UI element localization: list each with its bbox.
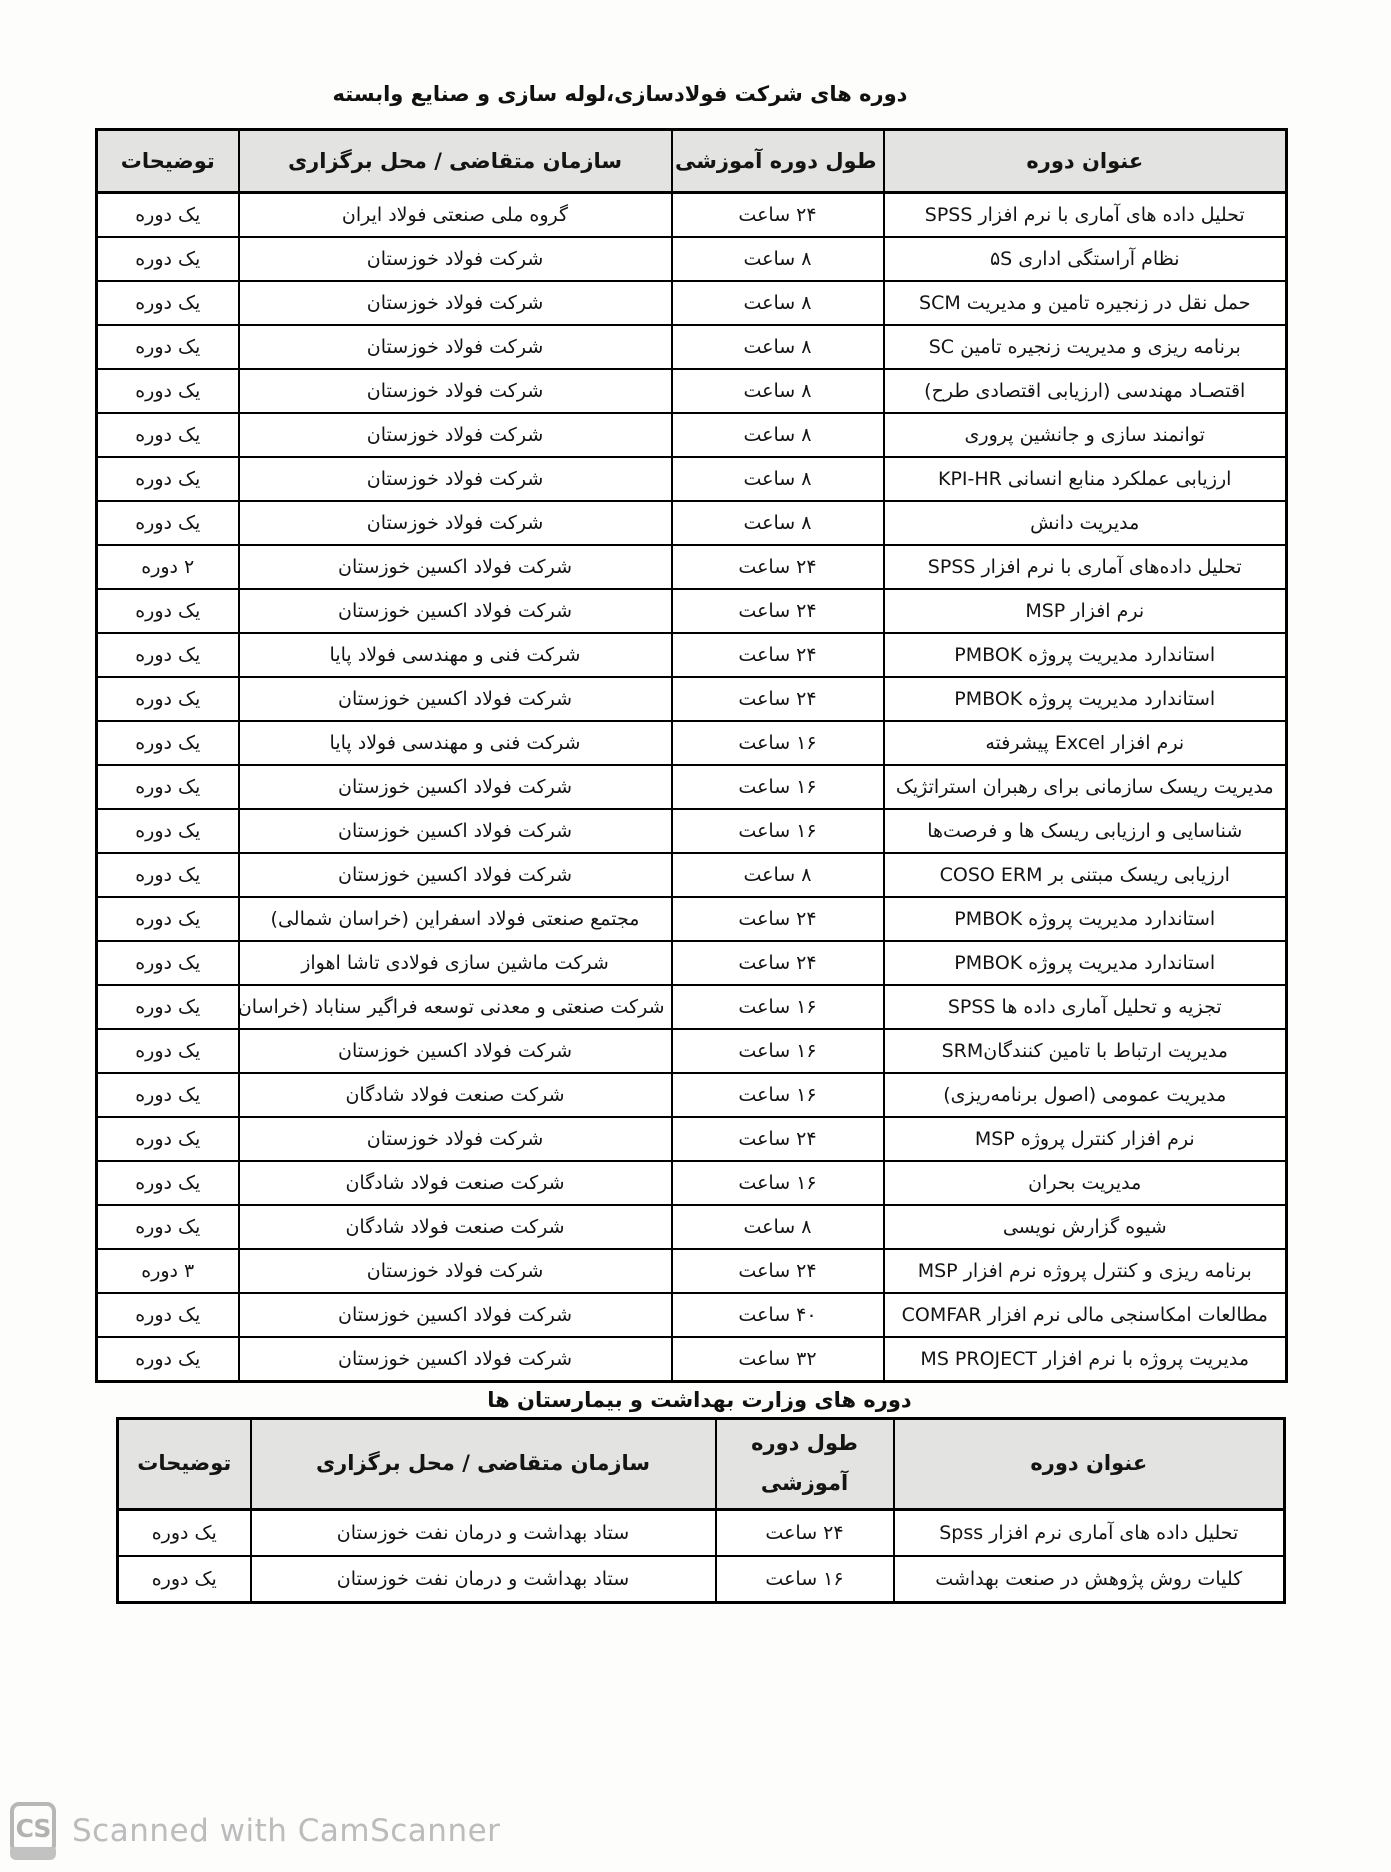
course-title-cell: مدیریت پروژه با نرم افزار MS PROJECT: [884, 1337, 1287, 1382]
organization-header: سازمان متقاضی / محل برگزاری: [251, 1419, 716, 1510]
table-row: مدیریت ارتباط با تامین کنندگانSRM۱۶ ساعت…: [97, 1029, 1287, 1073]
table-row: برنامه ریزی و کنترل پروژه نرم افزار MSP۲…: [97, 1249, 1287, 1293]
header-row: عنوان دوره طول دوره آموزشی سازمان متقاضی…: [118, 1419, 1285, 1510]
notes-cell: یک دوره: [97, 457, 239, 501]
course-title-cell: تحلیل داده‌های آماری با نرم افزار SPSS: [884, 545, 1287, 589]
table-row: شیوه گزارش نویسی۸ ساعتشرکت صنعت فولاد شا…: [97, 1205, 1287, 1249]
course-title-cell: اقتصـاد مهندسی (ارزیابی اقتصادی طرح): [884, 369, 1287, 413]
table-row: توانمند سازی و جانشین پروری۸ ساعتشرکت فو…: [97, 413, 1287, 457]
table-row: نرم افزار Excel پیشرفته۱۶ ساعتشرکت فنی و…: [97, 721, 1287, 765]
notes-cell: یک دوره: [97, 721, 239, 765]
organization-cell: شرکت صنعت فولاد شادگان: [239, 1161, 672, 1205]
notes-cell: یک دوره: [97, 941, 239, 985]
organization-cell: شرکت فولاد خوزستان: [239, 369, 672, 413]
organization-cell: ستاد بهداشت و درمان نفت خوزستان: [251, 1556, 716, 1603]
course-title-cell: کلیات روش پژوهش در صنعت بهداشت: [894, 1556, 1285, 1603]
notes-cell: ۳ دوره: [97, 1249, 239, 1293]
table-row: مدیریت بحران۱۶ ساعتشرکت صنعت فولاد شادگا…: [97, 1161, 1287, 1205]
duration-cell: ۱۶ ساعت: [672, 809, 884, 853]
table-row: مدیریت ریسک سازمانی برای رهبران استراتژی…: [97, 765, 1287, 809]
duration-cell: ۱۶ ساعت: [716, 1556, 894, 1603]
organization-cell: ستاد بهداشت و درمان نفت خوزستان: [251, 1510, 716, 1557]
organization-cell: شرکت فولاد اکسین خوزستان: [239, 677, 672, 721]
organization-cell: شرکت فولاد اکسین خوزستان: [239, 809, 672, 853]
notes-cell: یک دوره: [97, 193, 239, 238]
organization-cell: شرکت ماشین سازی فولادی تاشا اهواز: [239, 941, 672, 985]
table-row: ارزیابی ریسک مبتنی بر COSO ERM۸ ساعتشرکت…: [97, 853, 1287, 897]
course-title-cell: توانمند سازی و جانشین پروری: [884, 413, 1287, 457]
table-row: مدیریت پروژه با نرم افزار MS PROJECT۳۲ س…: [97, 1337, 1287, 1382]
course-title-header: عنوان دوره: [894, 1419, 1285, 1510]
organization-cell: شرکت فولاد خوزستان: [239, 237, 672, 281]
notes-cell: یک دوره: [97, 633, 239, 677]
camscanner-text: Scanned with CamScanner: [72, 1813, 500, 1849]
duration-cell: ۲۴ ساعت: [672, 589, 884, 633]
duration-cell: ۸ ساعت: [672, 281, 884, 325]
duration-cell: ۲۴ ساعت: [716, 1510, 894, 1557]
table-row: نظام آراستگی اداری ۵S۸ ساعتشرکت فولاد خو…: [97, 237, 1287, 281]
health-courses-table-title: دوره های وزارت بهداشت و بیمارستان ها: [116, 1388, 1283, 1412]
course-title-cell: مدیریت بحران: [884, 1161, 1287, 1205]
notes-cell: یک دوره: [97, 281, 239, 325]
course-title-cell: شیوه گزارش نویسی: [884, 1205, 1287, 1249]
notes-header: توضیحات: [118, 1419, 251, 1510]
course-title-cell: تحلیل داده های آماری نرم افزار Spss: [894, 1510, 1285, 1557]
course-title-cell: مدیریت دانش: [884, 501, 1287, 545]
organization-cell: شرکت فولاد اکسین خوزستان: [239, 1293, 672, 1337]
organization-cell: شرکت فولاد خوزستان: [239, 1117, 672, 1161]
organization-cell: مجتمع صنعتی فولاد اسفراین (خراسان شمالی): [239, 897, 672, 941]
steel-courses-table: عنوان دوره طول دوره آموزشی سازمان متقاضی…: [95, 128, 1288, 1383]
organization-cell: شرکت فولاد خوزستان: [239, 501, 672, 545]
table-row: مدیریت دانش۸ ساعتشرکت فولاد خوزستانیک دو…: [97, 501, 1287, 545]
organization-cell: گروه ملی صنعتی فولاد ایران: [239, 193, 672, 238]
table-row: اقتصـاد مهندسی (ارزیابی اقتصادی طرح)۸ سا…: [97, 369, 1287, 413]
table-row: برنامه ریزی و مدیریت زنجیره تامین SC۸ سا…: [97, 325, 1287, 369]
course-title-cell: نظام آراستگی اداری ۵S: [884, 237, 1287, 281]
duration-cell: ۸ ساعت: [672, 501, 884, 545]
course-title-cell: استاندارد مدیریت پروژه PMBOK: [884, 897, 1287, 941]
duration-cell: ۸ ساعت: [672, 853, 884, 897]
notes-cell: یک دوره: [97, 1073, 239, 1117]
notes-cell: ۲ دوره: [97, 545, 239, 589]
duration-cell: ۱۶ ساعت: [672, 985, 884, 1029]
notes-cell: یک دوره: [118, 1510, 251, 1557]
organization-cell: شرکت فولاد خوزستان: [239, 1249, 672, 1293]
duration-cell: ۸ ساعت: [672, 237, 884, 281]
table-row: شناسایی و ارزیابی ریسک ها و فرصت‌ها۱۶ سا…: [97, 809, 1287, 853]
notes-cell: یک دوره: [97, 369, 239, 413]
course-title-cell: تحلیل داده های آماری با نرم افزار SPSS: [884, 193, 1287, 238]
course-title-cell: نرم افزار کنترل پروژه MSP: [884, 1117, 1287, 1161]
duration-cell: ۱۶ ساعت: [672, 765, 884, 809]
organization-cell: شرکت فولاد خوزستان: [239, 281, 672, 325]
notes-cell: یک دوره: [97, 677, 239, 721]
duration-cell: ۸ ساعت: [672, 1205, 884, 1249]
organization-cell: شرکت فولاد اکسین خوزستان: [239, 853, 672, 897]
duration-cell: ۲۴ ساعت: [672, 545, 884, 589]
course-title-cell: ارزیابی عملکرد منابع انسانی KPI-HR: [884, 457, 1287, 501]
header-row: عنوان دوره طول دوره آموزشی سازمان متقاضی…: [97, 130, 1287, 193]
course-title-cell: برنامه ریزی و کنترل پروژه نرم افزار MSP: [884, 1249, 1287, 1293]
table-row: تحلیل داده های آماری با نرم افزار SPSS۲۴…: [97, 193, 1287, 238]
duration-cell: ۱۶ ساعت: [672, 721, 884, 765]
duration-cell: ۱۶ ساعت: [672, 1029, 884, 1073]
course-title-cell: شناسایی و ارزیابی ریسک ها و فرصت‌ها: [884, 809, 1287, 853]
duration-cell: ۲۴ ساعت: [672, 941, 884, 985]
notes-cell: یک دوره: [97, 237, 239, 281]
steel-courses-table-title: دوره های شرکت فولادسازی،لوله سازی و صنای…: [95, 82, 1285, 106]
notes-cell: یک دوره: [97, 985, 239, 1029]
notes-cell: یک دوره: [97, 1337, 239, 1382]
organization-cell: شرکت فولاد خوزستان: [239, 457, 672, 501]
table-row: نرم افزار MSP۲۴ ساعتشرکت فولاد اکسین خوز…: [97, 589, 1287, 633]
table-row: تحلیل داده های آماری نرم افزار Spss۲۴ سا…: [118, 1510, 1285, 1557]
course-title-cell: مدیریت ارتباط با تامین کنندگانSRM: [884, 1029, 1287, 1073]
table-row: مدیریت عمومی (اصول برنامه‌ریزی)۱۶ ساعتشر…: [97, 1073, 1287, 1117]
organization-cell: شرکت فولاد اکسین خوزستان: [239, 765, 672, 809]
table-row: نرم افزار کنترل پروژه MSP۲۴ ساعتشرکت فول…: [97, 1117, 1287, 1161]
organization-cell: شرکت فنی و مهندسی فولاد پایا: [239, 633, 672, 677]
course-title-cell: تجزیه و تحلیل آماری داده ها SPSS: [884, 985, 1287, 1029]
duration-cell: ۸ ساعت: [672, 413, 884, 457]
organization-cell: شرکت فولاد اکسین خوزستان: [239, 545, 672, 589]
duration-cell: ۲۴ ساعت: [672, 633, 884, 677]
duration-header: طول دوره آموزشی: [672, 130, 884, 193]
table-row: حمل نقل در زنجیره تامین و مدیریت SCM۸ سا…: [97, 281, 1287, 325]
duration-cell: ۴۰ ساعت: [672, 1293, 884, 1337]
notes-cell: یک دوره: [97, 501, 239, 545]
course-title-cell: مطالعات امکاسنجی مالی نرم افزار COMFAR: [884, 1293, 1287, 1337]
duration-cell: ۲۴ ساعت: [672, 677, 884, 721]
course-title-cell: استاندارد مدیریت پروژه PMBOK: [884, 633, 1287, 677]
notes-cell: یک دوره: [97, 765, 239, 809]
notes-cell: یک دوره: [97, 589, 239, 633]
notes-cell: یک دوره: [97, 1293, 239, 1337]
table-row: استاندارد مدیریت پروژه PMBOK۲۴ ساعتشرکت …: [97, 677, 1287, 721]
notes-cell: یک دوره: [97, 809, 239, 853]
notes-cell: یک دوره: [97, 325, 239, 369]
notes-cell: یک دوره: [97, 1029, 239, 1073]
organization-header: سازمان متقاضی / محل برگزاری: [239, 130, 672, 193]
organization-cell: شرکت صنعتی و معدنی توسعه فراگیر سناباد (…: [239, 985, 672, 1029]
duration-cell: ۸ ساعت: [672, 457, 884, 501]
duration-cell: ۱۶ ساعت: [672, 1073, 884, 1117]
table-row: تحلیل داده‌های آماری با نرم افزار SPSS۲۴…: [97, 545, 1287, 589]
organization-cell: شرکت فنی و مهندسی فولاد پایا: [239, 721, 672, 765]
table-row: استاندارد مدیریت پروژه PMBOK۲۴ ساعتمجتمع…: [97, 897, 1287, 941]
organization-cell: شرکت فولاد خوزستان: [239, 413, 672, 457]
organization-cell: شرکت فولاد خوزستان: [239, 325, 672, 369]
table-row: مطالعات امکاسنجی مالی نرم افزار COMFAR۴۰…: [97, 1293, 1287, 1337]
duration-cell: ۳۲ ساعت: [672, 1337, 884, 1382]
organization-cell: شرکت صنعت فولاد شادگان: [239, 1205, 672, 1249]
scanned-document-page: دوره های شرکت فولادسازی،لوله سازی و صنای…: [0, 0, 1391, 1872]
notes-cell: یک دوره: [97, 897, 239, 941]
course-title-cell: برنامه ریزی و مدیریت زنجیره تامین SC: [884, 325, 1287, 369]
duration-cell: ۲۴ ساعت: [672, 1249, 884, 1293]
duration-cell: ۱۶ ساعت: [672, 1161, 884, 1205]
organization-cell: شرکت فولاد اکسین خوزستان: [239, 589, 672, 633]
duration-header: طول دوره آموزشی: [716, 1419, 894, 1510]
organization-cell: شرکت فولاد اکسین خوزستان: [239, 1337, 672, 1382]
table-row: کلیات روش پژوهش در صنعت بهداشت۱۶ ساعتستا…: [118, 1556, 1285, 1603]
duration-cell: ۸ ساعت: [672, 369, 884, 413]
course-title-header: عنوان دوره: [884, 130, 1287, 193]
duration-cell: ۲۴ ساعت: [672, 1117, 884, 1161]
notes-cell: یک دوره: [97, 1205, 239, 1249]
organization-cell: شرکت فولاد اکسین خوزستان: [239, 1029, 672, 1073]
course-title-cell: مدیریت عمومی (اصول برنامه‌ریزی): [884, 1073, 1287, 1117]
course-title-cell: استاندارد مدیریت پروژه PMBOK: [884, 941, 1287, 985]
camscanner-logo-icon: CS: [10, 1802, 56, 1860]
camscanner-watermark: CS Scanned with CamScanner: [10, 1802, 500, 1860]
notes-cell: یک دوره: [97, 413, 239, 457]
notes-cell: یک دوره: [97, 853, 239, 897]
duration-cell: ۲۴ ساعت: [672, 193, 884, 238]
notes-cell: یک دوره: [97, 1161, 239, 1205]
table-row: استاندارد مدیریت پروژه PMBOK۲۴ ساعتشرکت …: [97, 941, 1287, 985]
notes-cell: یک دوره: [97, 1117, 239, 1161]
organization-cell: شرکت صنعت فولاد شادگان: [239, 1073, 672, 1117]
notes-cell: یک دوره: [118, 1556, 251, 1603]
course-title-cell: مدیریت ریسک سازمانی برای رهبران استراتژی…: [884, 765, 1287, 809]
course-title-cell: استاندارد مدیریت پروژه PMBOK: [884, 677, 1287, 721]
course-title-cell: نرم افزار MSP: [884, 589, 1287, 633]
course-title-cell: ارزیابی ریسک مبتنی بر COSO ERM: [884, 853, 1287, 897]
table-row: استاندارد مدیریت پروژه PMBOK۲۴ ساعتشرکت …: [97, 633, 1287, 677]
duration-cell: ۲۴ ساعت: [672, 897, 884, 941]
table-row: تجزیه و تحلیل آماری داده ها SPSS۱۶ ساعتش…: [97, 985, 1287, 1029]
duration-cell: ۸ ساعت: [672, 325, 884, 369]
health-courses-table: عنوان دوره طول دوره آموزشی سازمان متقاضی…: [116, 1417, 1286, 1604]
course-title-cell: نرم افزار Excel پیشرفته: [884, 721, 1287, 765]
course-title-cell: حمل نقل در زنجیره تامین و مدیریت SCM: [884, 281, 1287, 325]
table-row: ارزیابی عملکرد منابع انسانی KPI-HR۸ ساعت…: [97, 457, 1287, 501]
notes-header: توضیحات: [97, 130, 239, 193]
